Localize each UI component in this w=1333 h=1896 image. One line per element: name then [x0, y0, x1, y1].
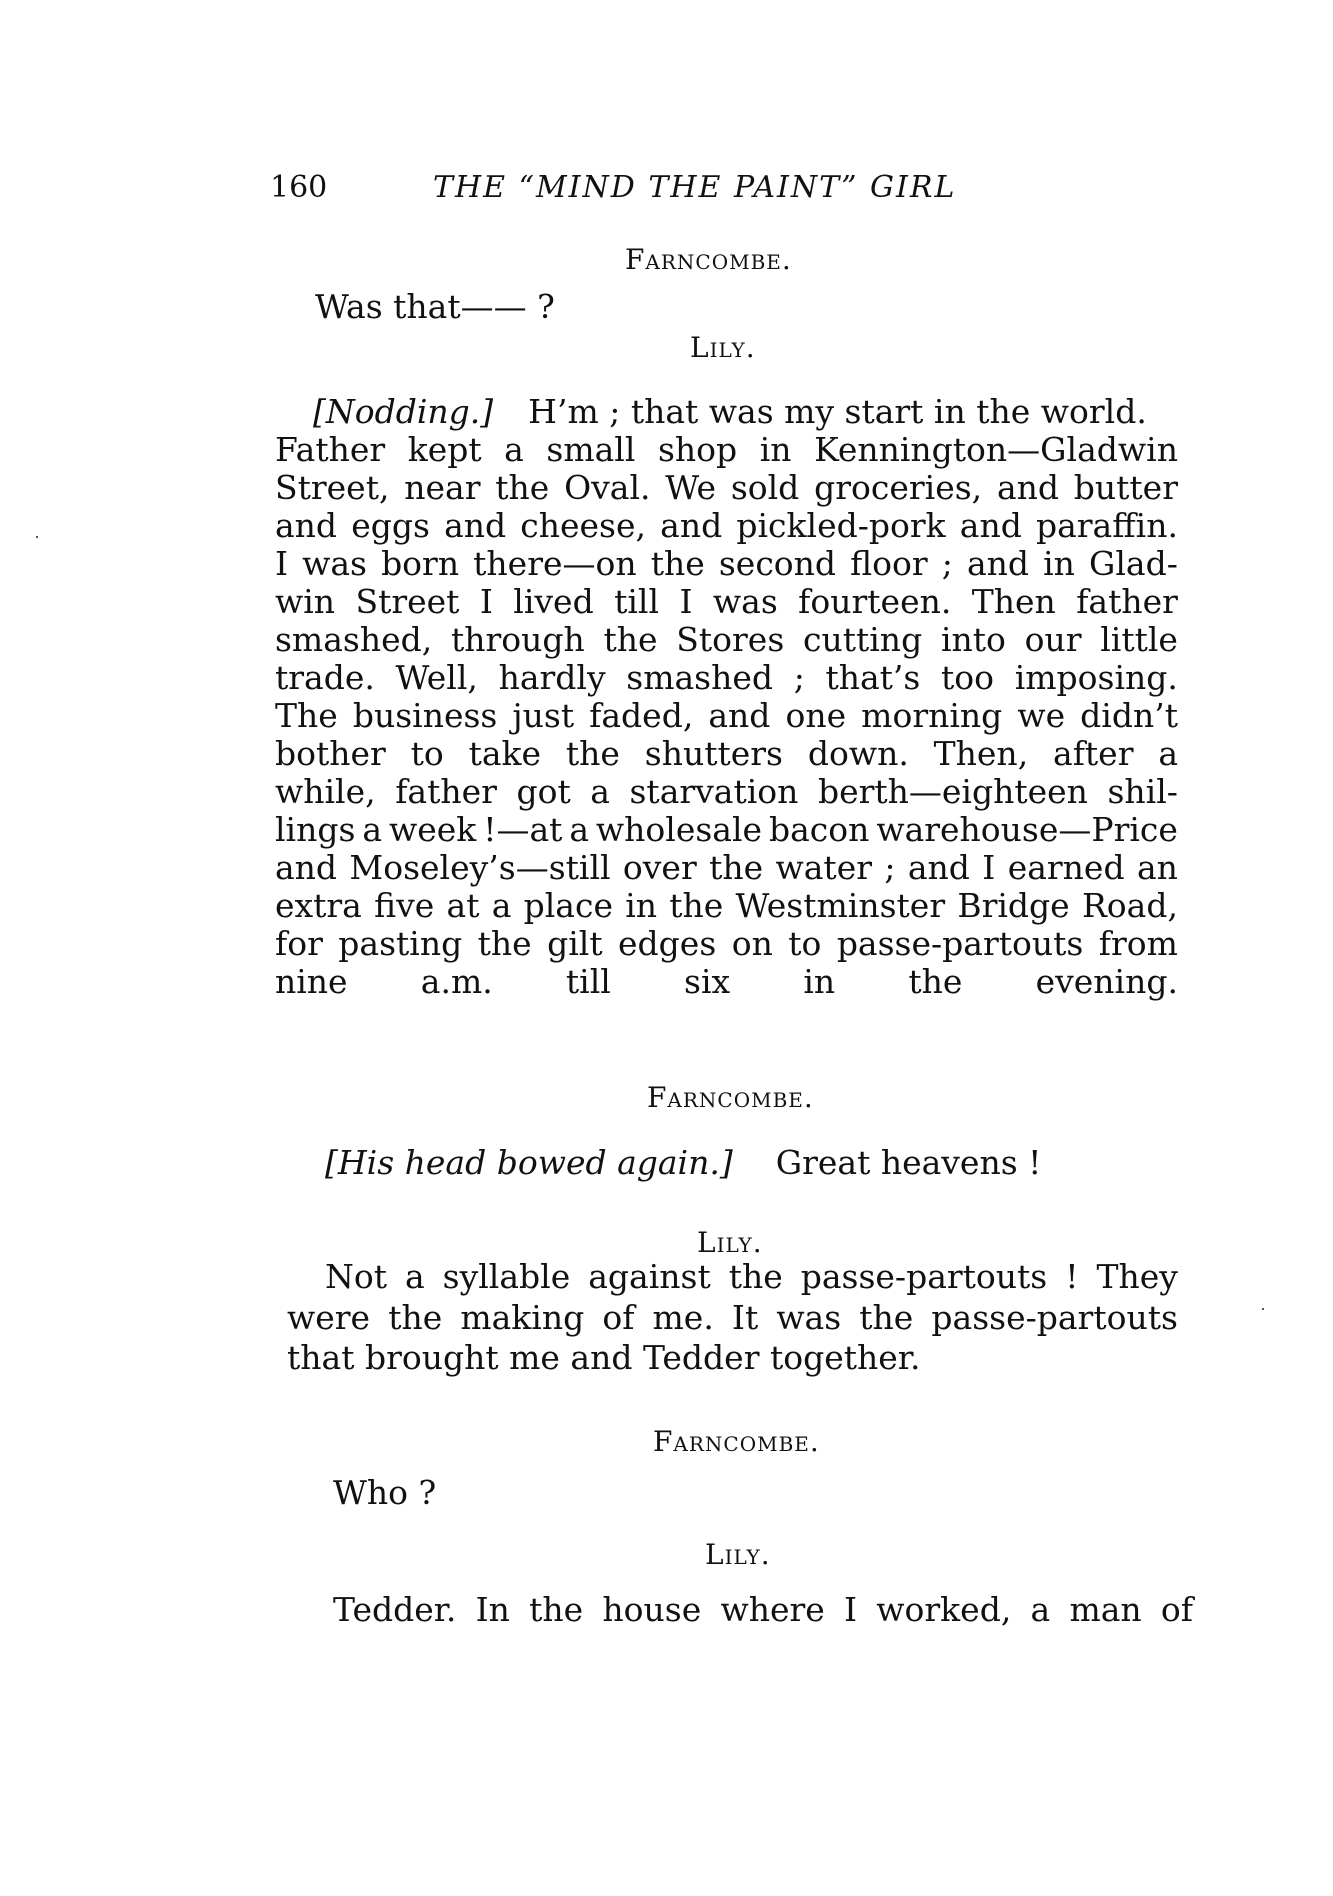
speech-line: Notasyllableagainstthepasse-partouts!The… [325, 1257, 1178, 1297]
speech-line: bothertotaketheshuttersdown.Then,aftera [275, 734, 1178, 774]
speech-line: Who ? [333, 1473, 436, 1513]
speech-line-last: that brought me and Tedder together. [287, 1338, 920, 1378]
speaker-heading-farncombe: Farncombe. [653, 1422, 820, 1462]
page-number: 160 [270, 168, 327, 208]
speaker-heading-lily: Lily. [705, 1535, 771, 1575]
speech-line: Tedder.InthehousewhereIworked,amanof [333, 1590, 1193, 1630]
speech-line: ninea.m.tillsixintheevening. [275, 962, 1178, 1002]
speech-line: andeggsandcheese,andpickled-porkandparaf… [275, 506, 1178, 546]
speech-line: werethemakingofme.Itwasthepasse-partouts [287, 1298, 1178, 1338]
speech-line: andMoseley’s—stilloverthewater;andIearne… [275, 848, 1178, 888]
speech-line: winStreetIlivedtillIwasfourteen.Thenfath… [275, 582, 1178, 622]
speaker-heading-lily: Lily. [690, 328, 756, 368]
speech-line: forpastingthegiltedgesontopasse-partouts… [275, 924, 1178, 964]
speaker-heading-farncombe: Farncombe. [647, 1078, 814, 1118]
speech-line: lingsaweek!—atawholesalebaconwarehouse—P… [275, 810, 1178, 850]
speech-line: trade.Well,hardlysmashed;that’stooimposi… [275, 658, 1178, 698]
book-page: 160 THE “MIND THE PAINT” GIRL Farncombe.… [0, 0, 1333, 1896]
speech-line: Iwasbornthere—onthesecondfloor;andinGlad… [275, 544, 1178, 584]
stage-direction: [Nodding.] [313, 392, 493, 431]
speech-line: while,fathergotastarvationberth—eighteen… [275, 772, 1178, 812]
running-title: THE “MIND THE PAINT” GIRL [433, 168, 956, 208]
speech-line: Street,neartheOval.Wesoldgroceries,andbu… [275, 468, 1178, 508]
scan-speck [1262, 1308, 1264, 1310]
speech-line: smashed,throughtheStorescuttingintoourli… [275, 620, 1178, 660]
speech-line: FatherkeptasmallshopinKennington—Gladwin [275, 430, 1178, 470]
speech-line-text: H’m ; that was my start in the world. [528, 392, 1147, 431]
speech-line-text: Great heavens ! [776, 1143, 1042, 1182]
scan-speck [36, 536, 38, 538]
running-head: 160 THE “MIND THE PAINT” GIRL [270, 168, 1015, 208]
speech-line: [His head bowed again.] Great heavens ! [325, 1143, 1041, 1183]
speech-line: extrafiveataplaceintheWestminsterBridgeR… [275, 886, 1178, 926]
stage-direction: [His head bowed again.] [325, 1143, 733, 1182]
speaker-heading-farncombe: Farncombe. [625, 240, 792, 280]
speech-line: Thebusinessjustfaded,andonemorningwedidn… [275, 696, 1178, 736]
speech-line: Was that—— ? [315, 287, 555, 327]
speech-line-first: [Nodding.] H’m ; that was my start in th… [313, 392, 1178, 432]
